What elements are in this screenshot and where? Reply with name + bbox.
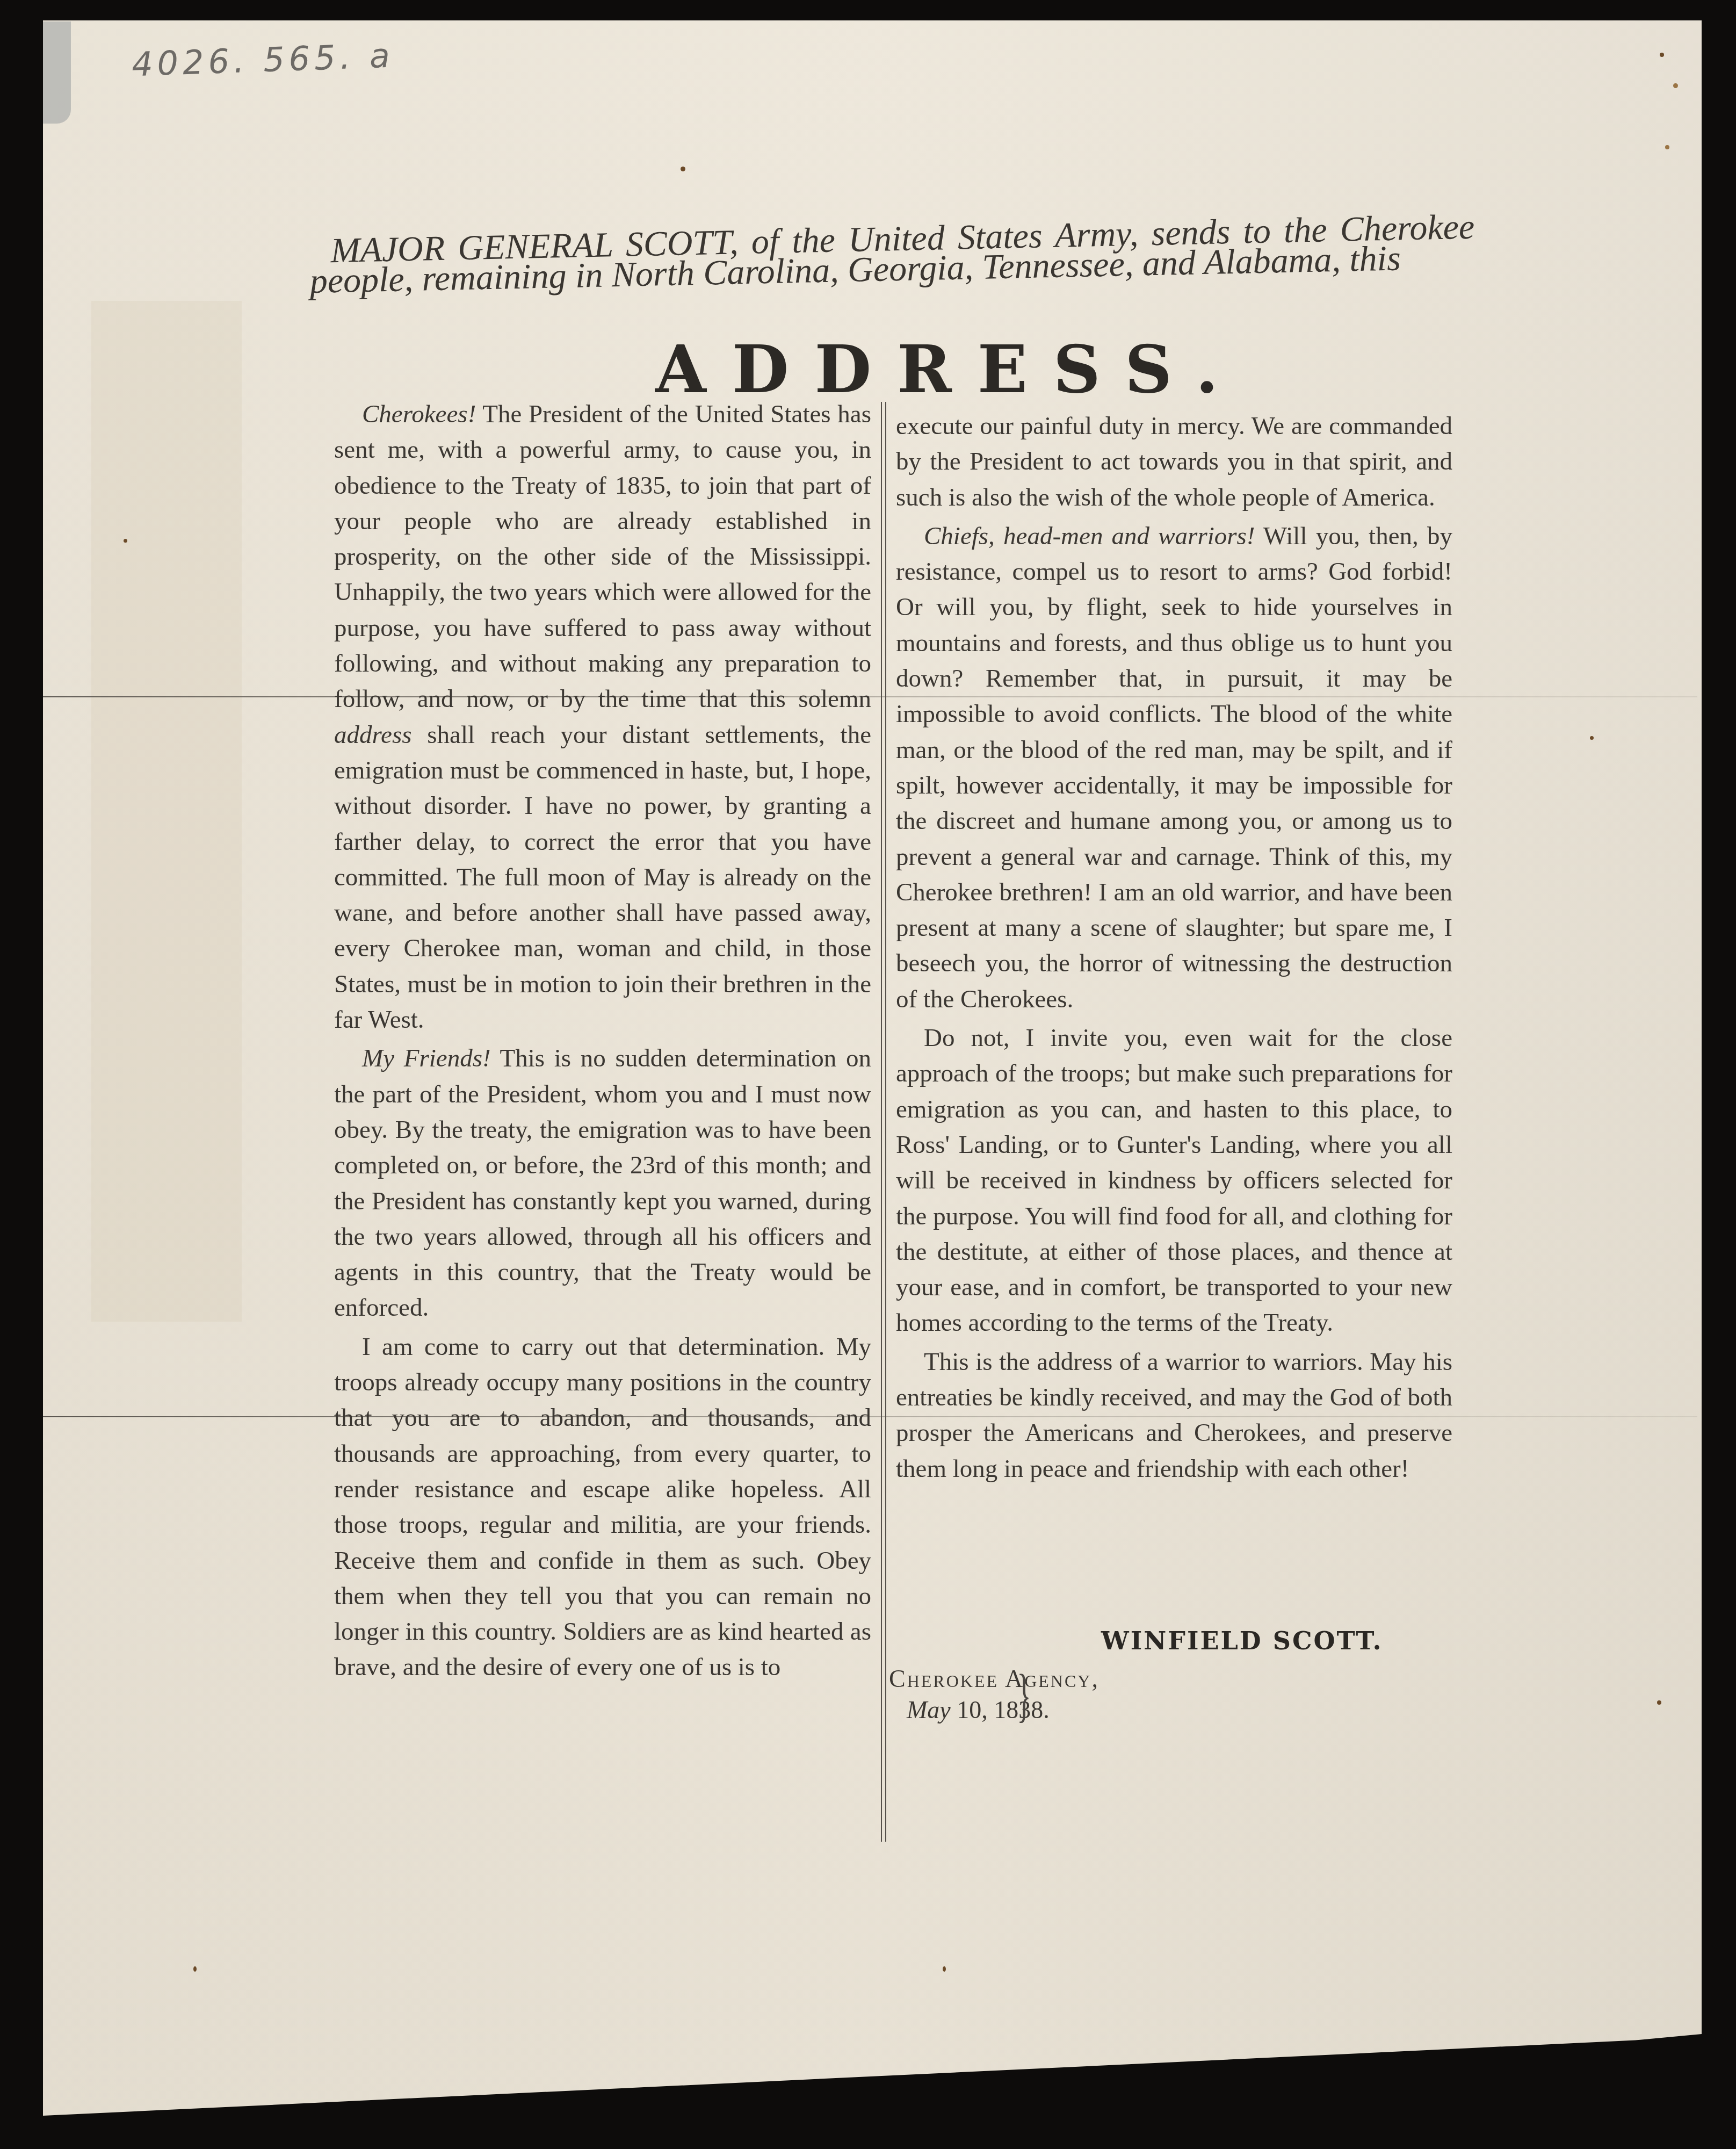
place-line: Cherokee Agency,	[889, 1664, 1100, 1693]
signature: WINFIELD SCOTT.	[1101, 1626, 1383, 1655]
foxing-spot	[1673, 83, 1678, 88]
paragraph-do-not: Do not, I invite you, even wait for the …	[896, 1020, 1452, 1341]
foxing-spot	[124, 539, 127, 543]
paragraph-continuation: execute our painful duty in mercy. We ar…	[896, 408, 1452, 515]
right-column: execute our painful duty in mercy. We ar…	[896, 408, 1452, 1490]
paper-shading	[91, 301, 242, 1322]
foxing-spot	[681, 167, 685, 171]
foxing-spot	[1665, 145, 1669, 149]
paragraph-chiefs: Chiefs, head-men and warriors! Will you,…	[896, 518, 1452, 1017]
salutation-chiefs: Chiefs, head-men and warriors!	[924, 522, 1255, 550]
mounting-tissue	[43, 21, 71, 124]
salutation-my-friends: My Friends!	[362, 1044, 491, 1072]
foxing-spot	[943, 1966, 946, 1972]
brace-glyph: }	[1017, 1665, 1031, 1725]
salutation-cherokees: Cherokees!	[362, 400, 476, 428]
paragraph-determination: I am come to carry out that determinatio…	[334, 1329, 871, 1685]
emphasis-address: address	[334, 721, 412, 749]
foxing-spot	[1660, 53, 1664, 57]
paragraph-closing: This is the address of a warrior to warr…	[896, 1344, 1452, 1487]
foxing-spot	[1590, 736, 1594, 740]
date-day-year: 10, 1838.	[951, 1696, 1050, 1723]
date-month: May	[907, 1696, 951, 1723]
foxing-spot	[193, 1966, 197, 1972]
left-column: Cherokees! The President of the United S…	[334, 396, 871, 1689]
column-divider-rule	[881, 402, 886, 1842]
paragraph-my-friends: My Friends! This is no sudden determinat…	[334, 1041, 871, 1325]
foxing-spot	[1657, 1700, 1661, 1705]
paragraph-cherokees: Cherokees! The President of the United S…	[334, 396, 871, 1037]
